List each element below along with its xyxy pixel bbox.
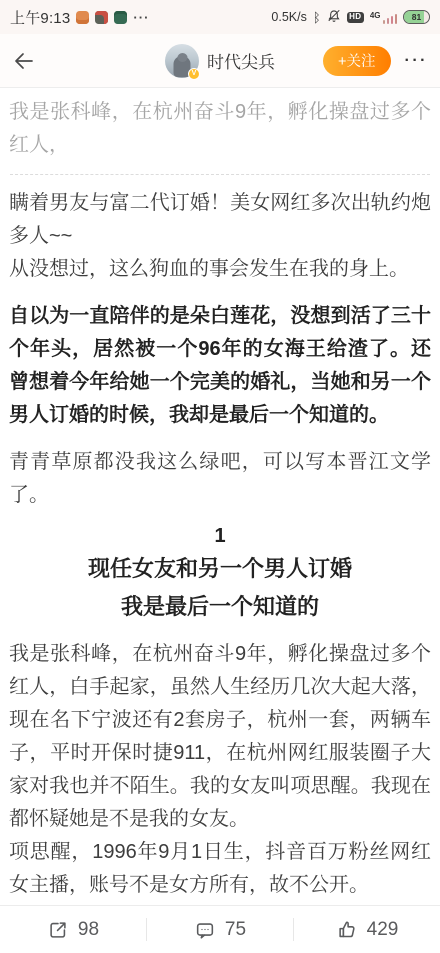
like-button[interactable]: 429 [294,906,440,953]
battery-percent: 81 [412,12,421,22]
comment-button[interactable]: 75 [147,906,293,953]
dashed-divider [10,174,430,175]
article-paragraph: 青青草原都没我这么绿吧，可以写本晋江文学了。 [9,446,431,512]
network-type-label: 4G [370,11,381,20]
nav-header: V 时代尖兵 +关注 ··· [0,34,440,88]
avatar[interactable]: V [165,44,199,78]
share-count: 98 [78,919,99,941]
verified-badge-icon: V [188,68,200,80]
comment-icon [194,919,216,941]
article-paragraph: 我是张科峰，在杭州奋斗9年，孵化操盘过多个红人，白手起家，虽然人生经历几次大起大… [9,638,431,836]
back-button[interactable] [12,43,48,79]
thumbs-up-icon [336,919,358,941]
mute-icon [327,9,341,26]
article-paragraph: 从没想过，这么狗血的事会发生在我的身上。 [9,253,431,286]
chapter-title-line1: 现任女友和另一个男人订婚 [9,550,431,588]
bottom-action-bar: 98 75 429 [0,905,440,953]
chapter-number: 1 [9,522,431,550]
article-paragraph-bold: 自以为一直陪伴的是朵白莲花，没想到活了三十个年头，居然被一个96年的女海王给渣了… [9,300,431,432]
share-icon [47,919,69,941]
author-profile-chip[interactable]: V 时代尖兵 [165,44,275,78]
notification-app-icon-1 [76,11,89,24]
article-paragraph: 项思醒，1996年9月1日生，抖音百万粉丝网红女主播，账号不是女方所有，故不公开… [9,836,431,902]
weibo-article-screen: 上午9:13 ··· 0.5K/s ᛒ HD 4G [0,0,440,953]
network-speed: 0.5K/s [271,10,306,24]
header-right: +关注 ··· [323,46,428,76]
article-body[interactable]: 我是张科峰，在杭州奋斗9年，孵化操盘过多个红人， 瞒着男友与富二代订婚！美女网红… [0,88,440,905]
notification-app-icon-2 [95,11,108,24]
chapter-title-line2: 我是最后一个知道的 [9,588,431,626]
chapter-heading: 1 现任女友和另一个男人订婚 我是最后一个知道的 [9,522,431,626]
like-count: 429 [367,919,399,941]
cellular-signal-icon: 4G [370,11,397,24]
notification-app-icon-3 [114,11,127,24]
hd-voice-badge: HD [347,12,364,23]
article-intro-faded: 我是张科峰，在杭州奋斗9年，孵化操盘过多个红人， [9,96,431,162]
more-notifications-icon: ··· [133,10,149,25]
article-paragraph: 瞒着男友与富二代订婚！美女网红多次出轨约炮多人~~ [9,187,431,253]
status-bar-left: 上午9:13 ··· [10,7,149,28]
share-button[interactable]: 98 [0,906,146,953]
status-bar: 上午9:13 ··· 0.5K/s ᛒ HD 4G [0,0,440,34]
signal-bars-icon [383,14,398,24]
follow-button[interactable]: +关注 [323,46,390,76]
clock-time: 上午9:13 [10,7,70,28]
bluetooth-icon: ᛒ [313,11,321,24]
status-bar-right: 0.5K/s ᛒ HD 4G 81 [271,9,430,26]
comment-count: 75 [225,919,246,941]
battery-icon: 81 [403,10,430,24]
author-username: 时代尖兵 [207,48,275,73]
more-options-icon[interactable]: ··· [405,52,428,70]
